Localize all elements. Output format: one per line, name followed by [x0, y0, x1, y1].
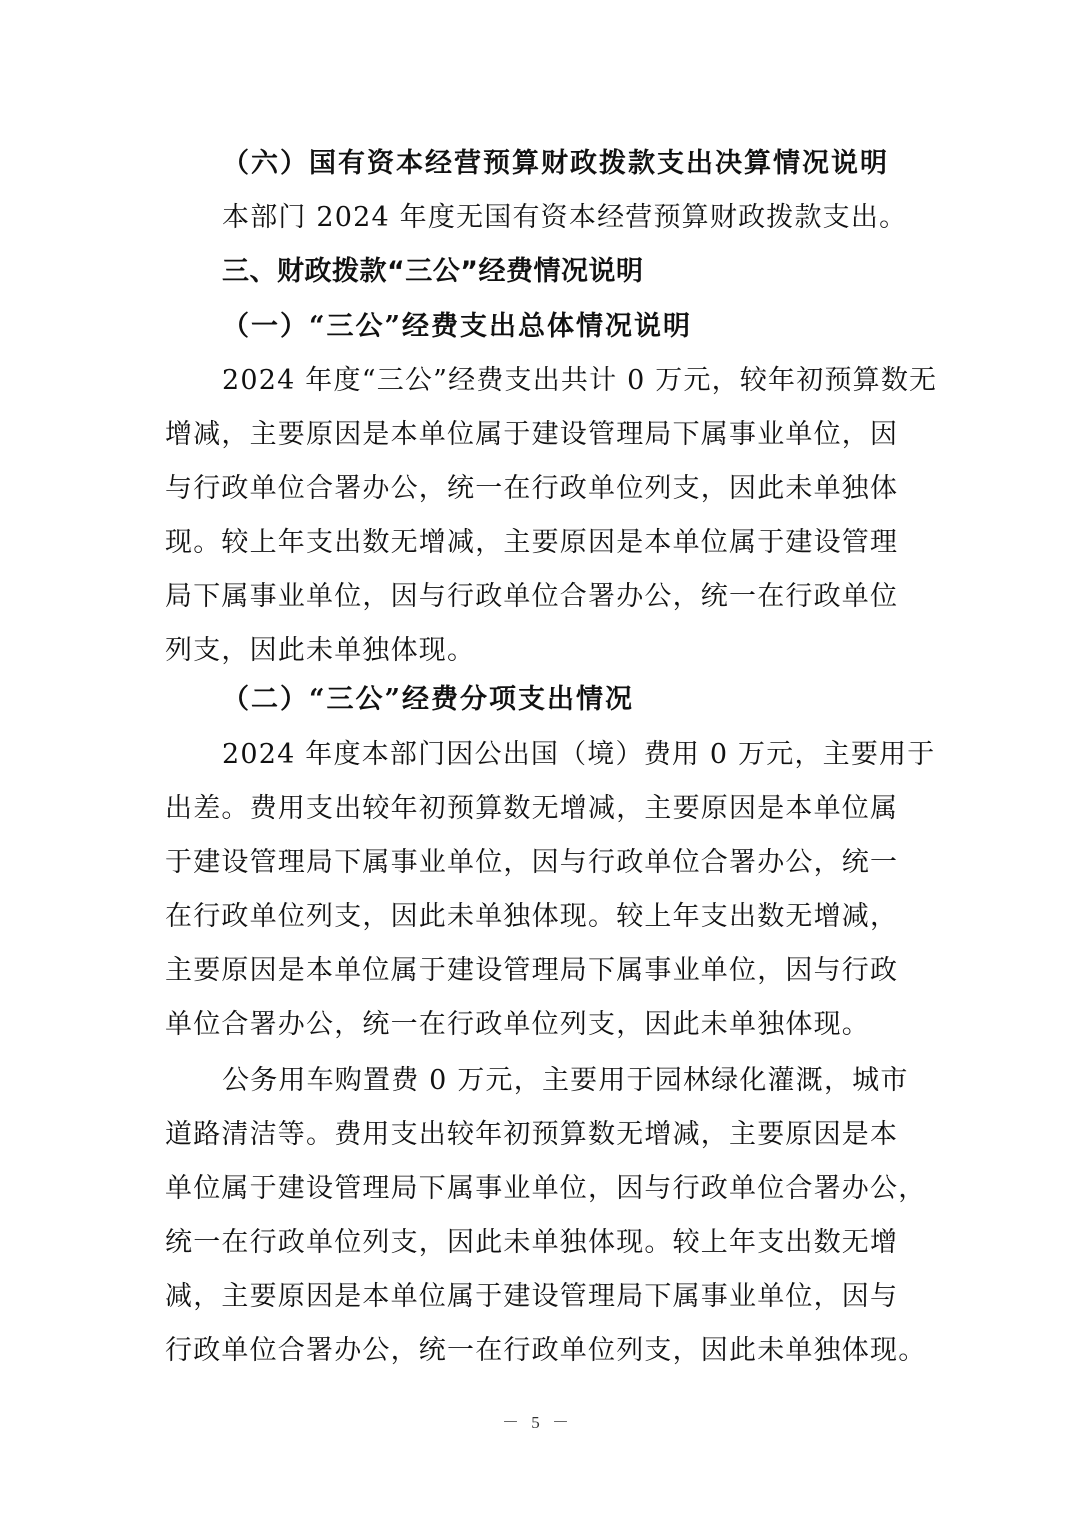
paragraph-line: 于建设管理局下属事业单位，因与行政单位合署办公，统一 — [165, 845, 915, 881]
paragraph-line: 减，主要原因是本单位属于建设管理局下属事业单位，因与 — [165, 1279, 915, 1315]
paragraph-line: 公务用车购置费 0 万元，主要用于园林绿化灌溉，城市 — [222, 1063, 972, 1099]
paragraph-line: 在行政单位列支，因此未单独体现。较上年支出数无增减， — [165, 899, 915, 935]
section-heading-state-capital: （六）国有资本经营预算财政拨款支出决算情况说明 — [222, 146, 972, 182]
section-heading-overall: （一）“三公”经费支出总体情况说明 — [222, 309, 972, 345]
paragraph-line: 2024 年度本部门因公出国（境）费用 0 万元，主要用于 — [222, 737, 972, 773]
page-number: － 5 － — [0, 1408, 1075, 1433]
paragraph-line: 现。较上年支出数无增减，主要原因是本单位属于建设管理 — [165, 525, 915, 561]
section-heading-itemized: （二）“三公”经费分项支出情况 — [222, 682, 972, 718]
chapter-heading-three-public-expenses: 三、财政拨款“三公”经费情况说明 — [222, 254, 972, 290]
document-page: （六）国有资本经营预算财政拨款支出决算情况说明 本部门 2024 年度无国有资本… — [0, 0, 1075, 1520]
paragraph-line: 主要原因是本单位属于建设管理局下属事业单位，因与行政 — [165, 953, 915, 989]
paragraph-line: 列支，因此未单独体现。 — [165, 633, 915, 669]
paragraph-line: 本部门 2024 年度无国有资本经营预算财政拨款支出。 — [222, 200, 972, 236]
paragraph-line: 单位属于建设管理局下属事业单位，因与行政单位合署办公， — [165, 1171, 915, 1207]
paragraph-line: 单位合署办公，统一在行政单位列支，因此未单独体现。 — [165, 1007, 915, 1043]
paragraph-line: 局下属事业单位，因与行政单位合署办公，统一在行政单位 — [165, 579, 915, 615]
paragraph-line: 道路清洁等。费用支出较年初预算数无增减，主要原因是本 — [165, 1117, 915, 1153]
paragraph-line: 行政单位合署办公，统一在行政单位列支，因此未单独体现。 — [165, 1333, 915, 1369]
paragraph-line: 统一在行政单位列支，因此未单独体现。较上年支出数无增 — [165, 1225, 915, 1261]
paragraph-line: 增减，主要原因是本单位属于建设管理局下属事业单位，因 — [165, 417, 915, 453]
paragraph-line: 与行政单位合署办公，统一在行政单位列支，因此未单独体 — [165, 471, 915, 507]
paragraph-line: 出差。费用支出较年初预算数无增减，主要原因是本单位属 — [165, 791, 915, 827]
paragraph-line: 2024 年度“三公”经费支出共计 0 万元，较年初预算数无 — [222, 363, 972, 399]
